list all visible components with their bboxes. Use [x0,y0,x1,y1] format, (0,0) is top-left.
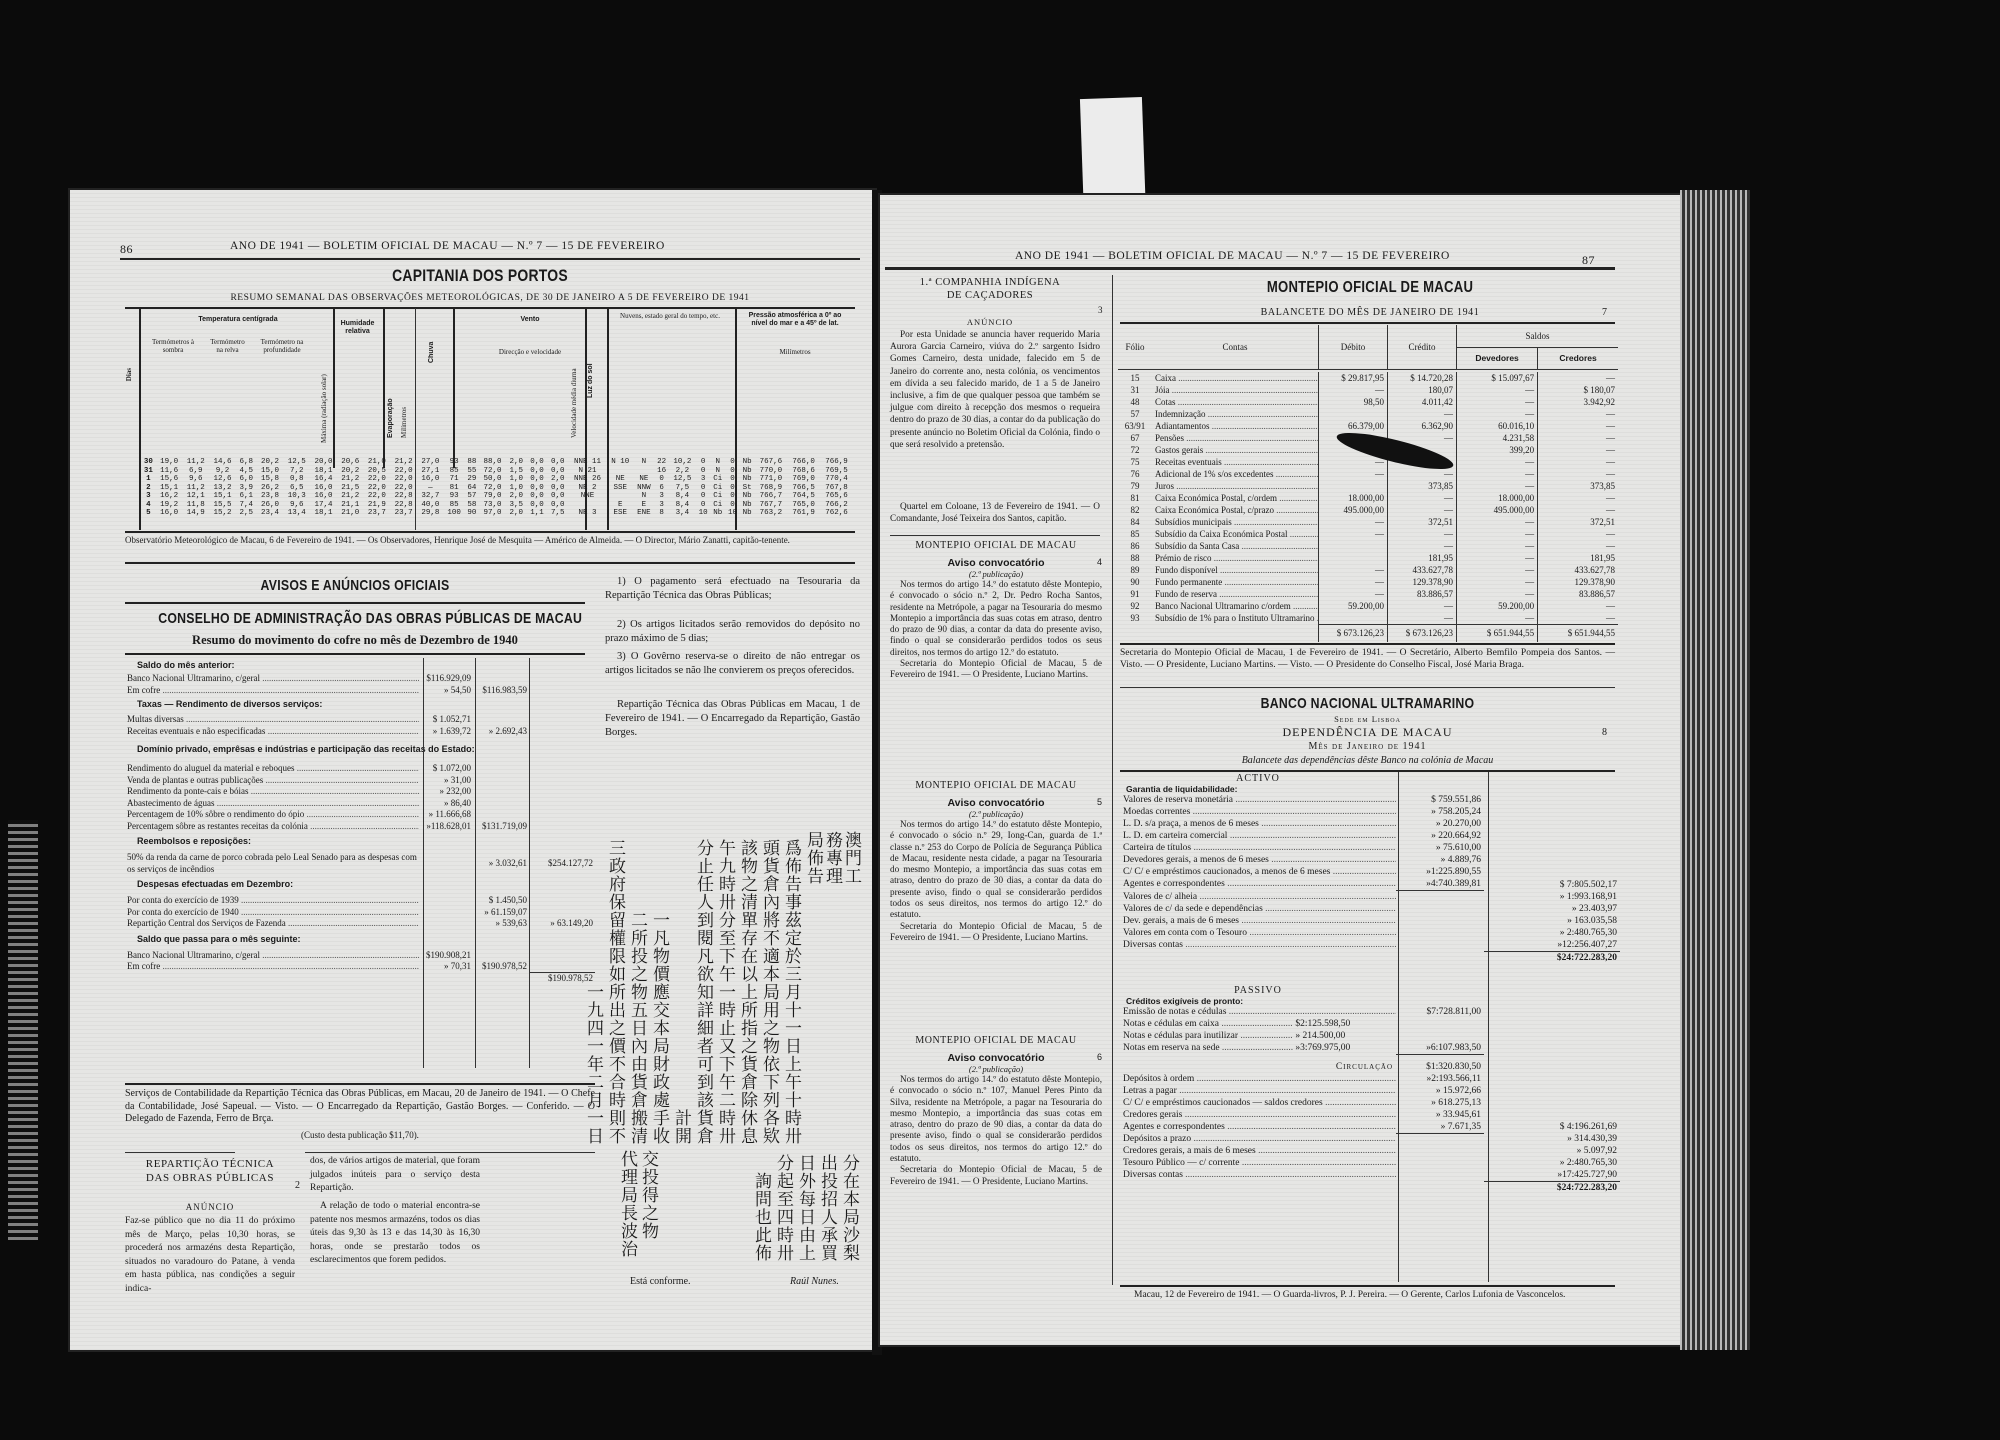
montepio-balancete-title: MONTEPIO OFICIAL DE MACAU [1165,279,1575,297]
companhia-title-1: 1.ª COMPANHIA INDÍGENA [890,277,1090,288]
bnu-number: 8 [1602,727,1607,738]
condition-3: 3) O Govêrno reserva-se o direito de não… [605,650,860,678]
table-row: Receitas eventuais e não especificadas» … [125,726,595,738]
table-row: Letras a pagar» 15.972,66 [1120,1085,1620,1097]
table-row: 316,212,115,16,123,810,316,021,222,022,8… [141,492,853,501]
table-row: Diversas contas»17:425.727,90 [1120,1169,1620,1182]
col-contas: Contas [1152,325,1319,369]
page-number-right: 87 [1582,253,1595,268]
companhia-heading: ANÚNCIO [890,317,1090,327]
col-credito: Crédito [1388,325,1457,369]
capitania-subtitle: RESUMO SEMANAL DAS OBSERVAÇÕES METEOROLÓ… [130,293,850,303]
table-row: 93Subsídio de 1% para o Instituto Ultram… [1118,612,1618,625]
table-row: Devedores gerais, a menos de 6 meses» 4.… [1120,854,1620,866]
group-milimetros-pressao: Milímetros [740,348,850,356]
section-heading: Domínio privado, emprêsas e indústrias e… [125,737,595,763]
page-edge-stack [1680,190,1750,1350]
condition-2: 2) Os artigos licitados serão removidos … [605,618,860,646]
table-row: $190.978,52 [125,973,595,985]
table-row: 57Indemnização——— [1118,408,1618,420]
reparticao-heading: ANÚNCIO [125,1202,295,1212]
group-direccao: Direcção e velocidade [455,348,605,356]
chinese-notice: 澳門工務專理局佈告 爲佈告事茲定於三月十一日上午十時卅 頭貨倉內將不適本局用之物… [610,825,860,1145]
group-humidade: Humidade relativa [335,320,380,336]
table-row: Carteira de títulos» 75.610,00 [1120,842,1620,854]
page-number-left: 86 [120,242,133,257]
group-termometro-relva: Termómetro na relva [210,338,245,354]
cjk-column: 分在本局沙梨 [839,1142,858,1262]
table-row: Por conta do exercício de 1940» 61.159,0… [125,907,595,919]
bnu-passivo: PASSIVO Créditos exigíveis de pronto: Em… [1120,985,1620,1194]
reparticao-body-3: A relação de todo o material encontra-se… [310,1200,480,1268]
section-heading: Reembolsos e reposições: [125,832,595,852]
table-row: L. D. em carteira comercial» 220.664,92 [1120,830,1620,842]
table-row: 31Jóia—180,07—$ 180,07 [1118,384,1618,396]
table-row: 92Banco Nacional Ultramarino c/ordem59.2… [1118,600,1618,612]
table-row: Notas e cédulas em caixa $2:125.598,50 [1120,1018,1620,1030]
group-termometros-sombra: Termómetros à sombra [143,338,203,354]
capitania-footer: Observatório Meteorológico de Macau, 6 d… [125,535,855,546]
table-row: 215,111,213,23,926,26,516,021,522,022,0—… [141,484,853,493]
col-devedores: Devedores [1457,347,1538,369]
conditions-signature: Repartição Técnica das Obras Públicas em… [605,698,860,740]
table-row: Valores de c/ alheia» 1:993.168,91 [1120,891,1620,903]
total-row: $24:722.283,20 [1120,951,1620,964]
table-row: 75Receitas eventuais——— [1118,456,1618,468]
chinese-notice-lower: 分在本局沙梨 出投招人承買 日外每日由上 分起至四時卅 詢問也此佈 [718,1142,858,1262]
section-heading: Despesas efectuadas em Dezembro: [125,875,595,895]
table-row: Percentagem de 10% sôbre o rendimento do… [125,809,595,821]
table-row: 86Subsídio da Santa Casa——— [1118,540,1618,552]
group-pressao: Pressão atmosférica a 0º ao nível do mar… [740,312,850,328]
montepio-ledger: Fólio Contas Débito Crédito Saldos Deved… [1118,325,1618,642]
table-row: Notas e cédulas para inutilizar » 214.50… [1120,1030,1620,1042]
table-row: C/ C/ e empréstimos caucionados, a menos… [1120,866,1620,878]
table-row: 3111,66,99,24,515,07,218,120,220,522,027… [141,467,853,476]
table-row: Tesouro Público — c/ corrente» 2:480.765… [1120,1157,1620,1169]
cofre-table: Saldo do mês anterior: Banco Nacional Ul… [125,658,595,1078]
montepio-balancete-footer: Secretaria do Montepio Oficial de Macau,… [1120,647,1615,671]
col-velocidade-media: Velocidade média diurna [570,338,578,438]
conselho-subtitle: Resumo do movimento do cofre no mês de D… [125,633,585,648]
cjk-column: 該物之清單存在以上所指之貨倉除休息 [737,825,756,1145]
section-heading: Saldo do mês anterior: [125,658,595,673]
table-row: 90Fundo permanente—129.378,90—129.378,90 [1118,576,1618,588]
table-row: Por conta do exercício de 1939$ 1.450,50 [125,895,595,907]
bnu-sede: Sede em Lisboa [1120,714,1615,724]
page-86: 86 ANO DE 1941 — BOLETIM OFICIAL DE MACA… [70,190,875,1350]
total-row: $24:722.283,20 [1120,1182,1620,1195]
table-row: Em cofre» 54,50$116.983,59 [125,685,595,697]
cjk-tail: 交投得之物 [638,1150,657,1240]
cjk-column: 出投招人承買 [817,1142,836,1262]
table-row: 85Subsídio da Caixa Económica Postal———— [1118,528,1618,540]
col-maxima-radiacao: Máxima (radiação solar) [320,328,328,443]
col-luz-sol: Luz do sol [587,338,595,398]
montepio-balancete-subtitle: BALANCETE DO MÊS DE JANEIRO DE 1941 [1120,307,1620,318]
meteorological-table: Dias Temperatura centígrada Termómetros … [125,308,855,530]
col-debito: Débito [1319,325,1388,369]
table-row: 63/91Adiantamentos66.379,006.362,9060.01… [1118,420,1618,432]
cjk-column: 二所投之物五日內由貨倉搬清 [627,825,646,1145]
table-row: Moedas correntes» 758.205,24 [1120,806,1620,818]
table-row: Banco Nacional Ultramarino, c/geral$116.… [125,673,595,685]
table-row: Emissão de notas e cédulas$7:728.811,00 [1120,1006,1620,1018]
bnu-activo: ACTIVO Garantia de liquidabilidade: Valo… [1120,773,1620,964]
table-row: Valores em conta com o Tesouro» 2:480.76… [1120,927,1620,939]
bnu-footer: Macau, 12 de Fevereiro de 1941. — O Guar… [1120,1289,1615,1301]
table-row: 88Prémio de risco181,95—181,95 [1118,552,1618,564]
cjk-column: 三政府保留權限如所出之價不合時則不 [605,825,624,1145]
table-row: 50% da renda da carne de porco cobrada p… [125,852,595,875]
cjk-signature: 代理局長波治 [617,1150,636,1258]
conselho-title: CONSELHO DE ADMINISTRAÇÃO DAS OBRAS PÚBL… [158,610,552,627]
col-milimetros: Milímetros [400,358,408,438]
reparticao-body-1: Faz-se público que no dia 11 do próximo … [125,1215,295,1296]
group-vento: Vento [455,316,605,324]
cjk-column: 午九時卅分至下午一時止又下午二時卅 [715,825,734,1145]
table-row: Agentes e correspondentes»4:740.389,81$ … [1120,878,1620,891]
col-saldos: Saldos [1457,325,1619,347]
table-row: 89Fundo disponível—433.627,78—433.627,78 [1118,564,1618,576]
capitania-title: CAPITANIA DOS PORTOS [291,266,668,286]
cjk-column: 詢問也此佈 [751,1142,770,1262]
table-row: 419,211,815,57,426,09,617,421,121,922,84… [141,501,853,510]
group-nuvens: Nuvens, estado geral do tempo, etc. [610,312,730,320]
cjk-column: 一凡物價應交本局財政處手收 [649,825,668,1145]
table-row: C/ C/ e empréstimos caucionados — saldos… [1120,1097,1620,1109]
companhia-number: 3 [1098,305,1103,315]
table-row: Diversas contas»12:256.407,27 [1120,939,1620,952]
group-temperatura: Temperatura centígrada [143,316,333,324]
cjk-column: 頭貨倉內將不適本局用之物依下列各欵 [759,825,778,1145]
running-head-right: ANO DE 1941 — BOLETIM OFICIAL DE MACAU —… [1015,250,1450,262]
cjk-column: 分止任人到閱凡欲知詳細者可到該貨倉 [693,825,712,1145]
companhia-signature: Quartel em Coloane, 13 de Fevereiro de 1… [890,501,1100,525]
page-87: ANO DE 1941 — BOLETIM OFICIAL DE MACAU —… [880,195,1680,1345]
table-row: Credores gerais» 33.945,61 [1120,1109,1620,1121]
section-heading: Taxas — Rendimento de diversos serviços: [125,696,595,714]
header-rule [120,258,860,260]
table-bottom-rule [125,531,855,533]
table-row: Banco Nacional Ultramarino, c/geral$190.… [125,950,595,962]
cjk-column: 日外每日由上 [795,1142,814,1262]
montepio-aviso-5: MONTEPIO OFICIAL DE MACAU Aviso convocat… [890,780,1102,943]
table-row: Credores gerais, a mais de 6 meses» 5.09… [1120,1145,1620,1157]
table-row: Rendimento da ponte-cais e bóias» 232,00 [125,786,595,798]
table-row: Abastecimento de águas» 86,40 [125,798,595,810]
avisos-title: AVISOS E ANÚNCIOS OFICIAIS [171,577,540,594]
table-row: 76Adicional de 1% s/os excedentes———— [1118,468,1618,480]
table-row: 15Caixa$ 29.817,95$ 14.720,28$ 15.097,67… [1118,372,1618,384]
conforme-signature: Raúl Nunes. [790,1276,839,1287]
montepio-aviso-6: MONTEPIO OFICIAL DE MACAU Aviso convocat… [890,1035,1102,1187]
bnu-subtitle: Balancete das dependências dêste Banco n… [1120,755,1615,766]
reparticao-body-2: dos, de vários artigos de material, que … [310,1155,480,1196]
cjk-column: 爲佈告事茲定於三月十一日上午十時卅 [781,825,800,1145]
table-row: Repartição Central dos Serviços de Fazen… [125,918,595,930]
table-row: 81Caixa Económica Postal, c/ordem18.000,… [1118,492,1618,504]
table-row: Circulação$1:320.830,50 [1120,1061,1620,1073]
group-chuva: Chuva [428,323,436,363]
cjk-column: 一九四一年二月一日 [583,825,602,1145]
table-row: 3019,011,214,66,820,212,520,020,621,021,… [141,458,853,467]
table-row: 91Fundo de reserva—83.886,57—83.886,57 [1118,588,1618,600]
table-row: Em cofre» 70,31$190.978,52 [125,961,595,973]
table-row: 84Subsídios municipais—372,51—372,51 [1118,516,1618,528]
page-edge-left [8,820,38,1240]
table-row: L. D. s/a praça, a menos de 6 meses» 20.… [1120,818,1620,830]
esta-conforme: Está conforme. [630,1276,691,1287]
table-row: Depósitos a prazo» 314.430,39 [1120,1133,1620,1145]
table-row: 79Juros373,85—373,85 [1118,480,1618,492]
montepio-aviso-4: MONTEPIO OFICIAL DE MACAU Aviso convocat… [890,540,1102,681]
cjk-column: 澳門工務專理局佈告 [803,825,860,885]
table-row: Valores de c/ da sede e dependências» 23… [1120,903,1620,915]
cjk-column: 分起至四時卅 [773,1142,792,1262]
companhia-body: Por esta Unidade se anuncia haver requer… [890,329,1100,451]
reparticao-title-2: DAS OBRAS PÚBLICAS [125,1172,295,1184]
montepio-balancete-number: 7 [1602,307,1607,318]
table-row: Valores de reserva monetária$ 759.551,86 [1120,794,1620,806]
col-evaporacao: Evaporação [387,358,395,438]
table-row: 516,014,915,22,523,413,418,121,023,723,7… [141,509,853,518]
met-data-rows: 3019,011,214,66,820,212,520,020,621,021,… [141,458,853,518]
table-row: Agentes e correspondentes» 7.671,35$ 4:1… [1120,1121,1620,1134]
table-row: Depósitos à ordem»2:193.566,11 [1120,1073,1620,1085]
table-row: Venda de plantas e outras publicações» 3… [125,775,595,787]
header-rule [885,267,1615,270]
col-folio: Fólio [1118,325,1152,369]
table-row: 82Caixa Económica Postal, c/prazo495.000… [1118,504,1618,516]
condition-1: 1) O pagamento será efectuado na Tesoura… [605,575,860,603]
col-credores: Credores [1538,347,1618,369]
table-row: Notas em reserva na sede »3:769.975,00»6… [1120,1042,1620,1055]
table-row: Percentagem sôbre as restantes receitas … [125,821,595,833]
reparticao-number: 2 [295,1180,300,1191]
section-heading: Saldo que passa para o mês seguinte: [125,930,595,950]
conselho-footer: Serviços de Contabilidade da Repartição … [125,1088,595,1126]
cjk-column: 計開 [671,825,690,1145]
table-row: 115,69,612,66,015,80,816,421,222,022,016… [141,475,853,484]
table-row: Multas diversas$ 1.052,71 [125,714,595,726]
table-row: Rendimento do aluguel da material e rebo… [125,763,595,775]
bnu-title: BANCO NACIONAL ULTRAMARINO [1165,695,1571,712]
group-termometro-profundidade: Termómetro na profundidade [247,338,317,354]
bnu-mes: Mês de Janeiro de 1941 [1120,741,1615,752]
running-head-left: ANO DE 1941 — BOLETIM OFICIAL DE MACAU —… [230,240,665,252]
companhia-title-2: DE CAÇADORES [890,290,1090,301]
totals-row: $ 673.126,23$ 673.126,23$ 651.944,55$ 65… [1118,624,1618,642]
table-row: Dev. gerais, a mais de 6 meses» 163.035,… [1120,915,1620,927]
conselho-cost: (Custo desta publicação $11,70). [125,1130,595,1141]
bnu-dependencia: DEPENDÊNCIA DE MACAU [1120,725,1615,740]
col-dias: Dias [125,368,139,381]
table-row: 48Cotas98,504.011,42—3.942,92 [1118,396,1618,408]
reparticao-title-1: REPARTIÇÃO TÉCNICA [125,1158,295,1170]
